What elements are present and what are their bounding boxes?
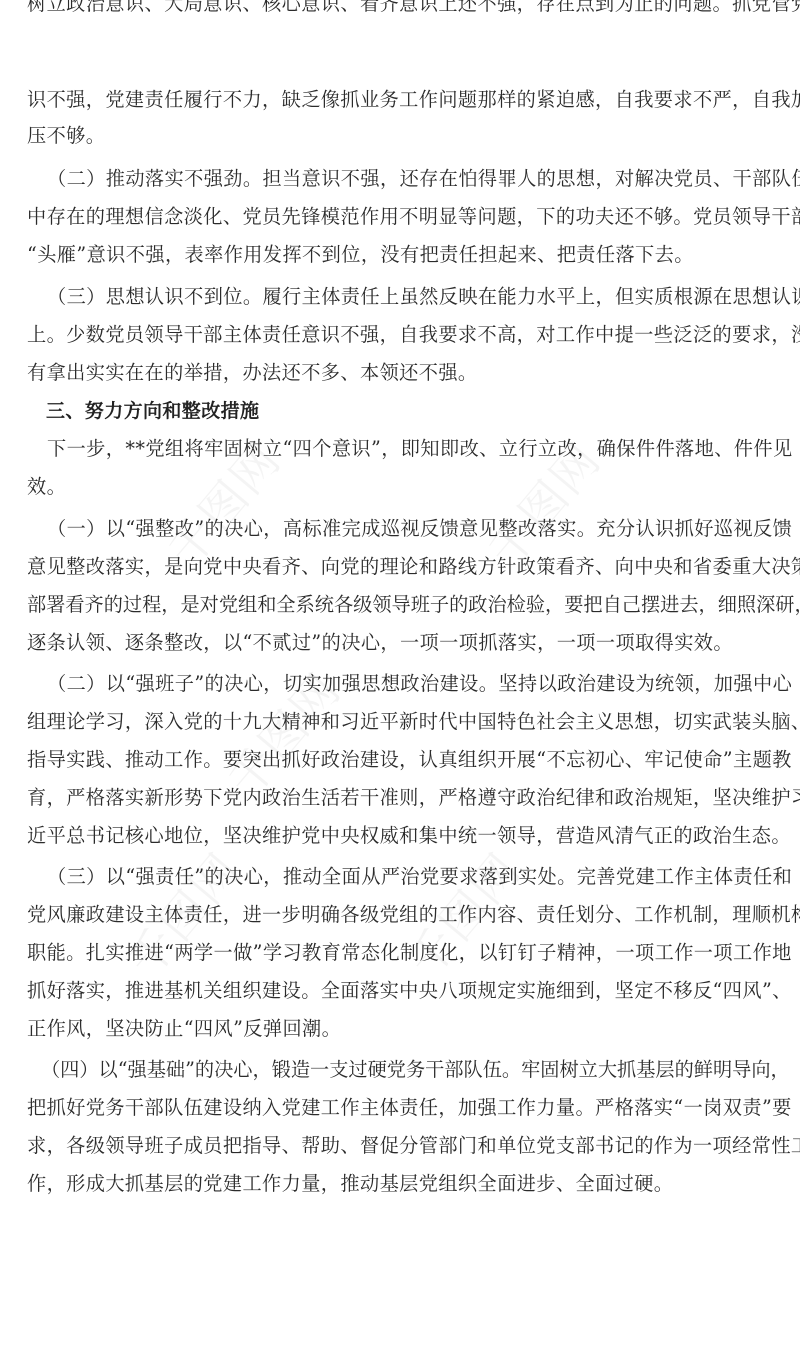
- paragraph-line: 上。少数党员领导干部主体责任意识不强，自我要求不高，对工作中提一些泛泛的要求，没: [27, 323, 777, 347]
- paragraph-line: 有拿出实实在在的举措，办法还不多、本领还不强。: [27, 361, 777, 385]
- paragraph-line-first: （一）以“强整改”的决心，高标准完成巡视反馈意见整改落实。充分认识抓好巡视反馈: [47, 517, 797, 541]
- paragraph-line: 指导实践、推动工作。要突出抓好政治建设，认真组织开展“不忘初心、牢记使命”主题教: [27, 748, 777, 772]
- paragraph-line: 正作风，坚决防止“四风”反弹回潮。: [27, 1017, 777, 1041]
- paragraph-line: 抓好落实，推进基机关组织建设。全面落实中央八项规定实施细到，坚定不移反“四风”、: [27, 979, 777, 1003]
- paragraph-line: 意见整改落实，是向党中央看齐、向党的理论和路线方针政策看齐、向中央和省委重大决策: [27, 555, 777, 579]
- paragraph-line: 压不够。: [27, 124, 777, 148]
- paragraph-line: 把抓好党务干部队伍建设纳入党建工作主体责任，加强工作力量。严格落实“一岗双责”要: [27, 1096, 777, 1120]
- paragraph-line: 作，形成大抓基层的党建工作力量，推动基层党组织全面进步、全面过硬。: [27, 1172, 777, 1196]
- document-page: 千图网 千图网 千图网 千图网 千图网 树立政治意识、大局意识、核心意识、看齐意…: [0, 0, 800, 1366]
- paragraph-line: 育，严格落实新形势下党内政治生活若干准则，严格遵守政治纪律和政治规矩，坚决维护习: [27, 786, 777, 810]
- paragraph-line: 组理论学习，深入党的十九大精神和习近平新时代中国特色社会主义思想，切实武装头脑、: [27, 710, 777, 734]
- paragraph-line: 党风廉政建设主体责任，进一步明确各级党组的工作内容、责任划分、工作机制，理顺机构: [27, 903, 777, 927]
- paragraph-line-first: （三）思想认识不到位。履行主体责任上虽然反映在能力水平上，但实质根源在思想认识: [47, 285, 797, 309]
- paragraph-line: 近平总书记核心地位，坚决维护党中央权威和集中统一领导，营造风清气正的政治生态。: [27, 824, 777, 848]
- paragraph-line: 效。: [27, 475, 777, 499]
- paragraph-line-first: （二）推动落实不强劲。担当意识不强，还存在怕得罪人的思想，对解决党员、干部队伍: [47, 167, 797, 191]
- section-heading: 三、努力方向和整改措施: [46, 399, 796, 423]
- paragraph-line-first: （三）以“强责任”的决心，推动全面从严治党要求落到实处。完善党建工作主体责任和: [47, 865, 797, 889]
- paragraph-line: 求，各级领导班子成员把指导、帮助、督促分管部门和单位党支部书记的作为一项经常性工: [27, 1134, 777, 1158]
- paragraph-line-cut: 树立政治意识、大局意识、核心意识、看齐意识上还不强，存在点到为止的问题。抓党管党…: [27, 0, 777, 16]
- paragraph-line: 职能。扎实推进“两学一做”学习教育常态化制度化，以钉钉子精神，一项工作一项工作地: [27, 941, 777, 965]
- paragraph-line: 中存在的理想信念淡化、党员先锋模范作用不明显等问题，下的功夫还不够。党员领导干部: [27, 205, 777, 229]
- paragraph-line-first: （四）以“强基础”的决心，锻造一支过硬党务干部队伍。牢固树立大抓基层的鲜明导向，: [41, 1058, 791, 1082]
- paragraph-line: “头雁”意识不强，表率作用发挥不到位，没有把责任担起来、把责任落下去。: [27, 243, 777, 267]
- paragraph-line-first: 下一步，**党组将牢固树立“四个意识”，即知即改、立行立改，确保件件落地、件件见: [47, 437, 797, 461]
- paragraph-line: 部署看齐的过程，是对党组和全系统各级领导班子的政治检验，要把自己摆进去，细照深研…: [27, 593, 777, 617]
- paragraph-line-first: （二）以“强班子”的决心，切实加强思想政治建设。坚持以政治建设为统领，加强中心: [47, 672, 797, 696]
- paragraph-line: 逐条认领、逐条整改，以“不贰过”的决心，一项一项抓落实，一项一项取得实效。: [27, 631, 777, 655]
- paragraph-line: 识不强，党建责任履行不力，缺乏像抓业务工作问题那样的紧迫感，自我要求不严，自我加: [27, 88, 777, 112]
